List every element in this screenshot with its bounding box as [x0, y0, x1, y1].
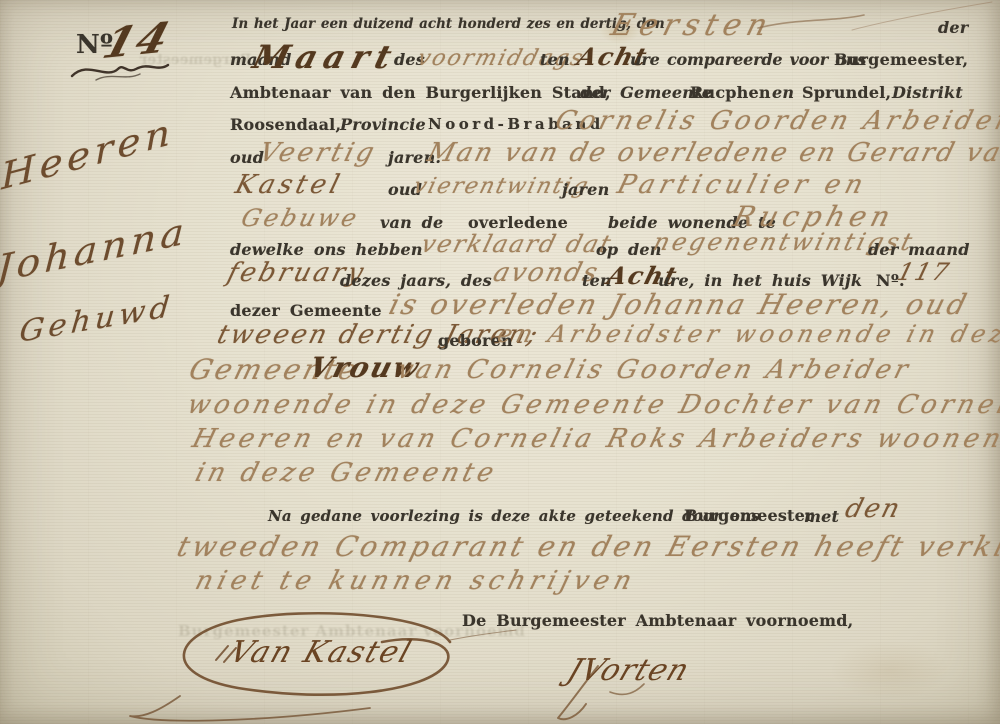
form-text: Provincie	[340, 115, 426, 134]
margin-status: Gehuwd	[18, 289, 175, 349]
burgemeester-signature-text: JVorten	[557, 653, 695, 688]
form-text: Burgemeester,	[834, 50, 968, 69]
scanned-death-record-page: Burgemeester Burgemeester Ambtenaar voor…	[0, 0, 1000, 724]
hand-text: woonende in deze Gemeente Dochter van Co…	[184, 390, 1000, 420]
hand-declaration: verklaard dat	[418, 230, 615, 258]
hand-signing-statement: tweeden Comparant en den Eersten heeft v…	[174, 530, 1000, 563]
hand-signing-statement: niet te kunnen schrijven	[192, 566, 640, 596]
paper-stain	[830, 640, 950, 700]
hand-declarant1-name: Cornelis Goorden Arbeider	[552, 106, 1000, 136]
hand-text: in deze Gemeente	[192, 458, 501, 488]
hand-deceased-profession: en Arbeidster woonende in deze	[494, 320, 1000, 348]
form-text: ure compareerde voor ons	[630, 50, 866, 69]
form-text: en	[772, 83, 794, 102]
hand-parents-names: Heeren en van Cornelia Roks Arbeiders wo…	[189, 424, 1000, 454]
form-text: In het Jaar een duizend acht honderd zes…	[232, 16, 665, 32]
hand-declarant2-profession: Particulier en	[614, 170, 871, 200]
burgemeester-signature: JVorten	[540, 640, 780, 724]
hand-house-number: 117	[894, 258, 953, 286]
form-text: dezer Gemeente	[230, 301, 382, 320]
hand-text: den	[842, 494, 905, 524]
form-text: Roosendaal,	[230, 115, 341, 134]
hand-declarant2-relation: Gebuwe	[238, 204, 362, 232]
form-text: Sprundel,	[802, 83, 891, 102]
form-text: met	[804, 507, 839, 526]
hand-declarant1-age: Veertig	[256, 138, 380, 168]
act-number-flourish	[66, 56, 176, 88]
form-text: Rucphen	[690, 83, 771, 102]
form-text: ten	[540, 50, 570, 69]
hand-deceased-name: is overleden Johanna Heeren, oud	[386, 288, 973, 321]
comparant-signature-text: Van Kastel	[225, 635, 417, 670]
hand-declarant2-name: Kastel	[232, 170, 346, 200]
form-text: Burgemeester	[684, 506, 814, 525]
form-text: Ambtenaar van den Burgerlijken Stand,	[230, 83, 611, 102]
hand-entry-month: Maart	[249, 38, 403, 76]
hand-spouse-name: van Cornelis Goorden Arbeider	[394, 355, 915, 385]
margin-surname: Heeren	[1, 110, 175, 198]
form-text: Distrikt	[892, 83, 963, 102]
hand-declarant1-relation: Man van de overledene en Gerard van	[424, 138, 1000, 168]
comparant-signature: Van Kastel	[120, 600, 520, 724]
margin-givenname: Johanna	[0, 209, 189, 290]
form-text: der	[938, 18, 968, 37]
form-text: dewelke ons hebben	[230, 240, 423, 259]
form-text: jaren	[562, 180, 609, 199]
officiant-title-line: De Burgemeester Ambtenaar voornoemd,	[462, 611, 853, 630]
form-text: der maand	[868, 240, 970, 259]
